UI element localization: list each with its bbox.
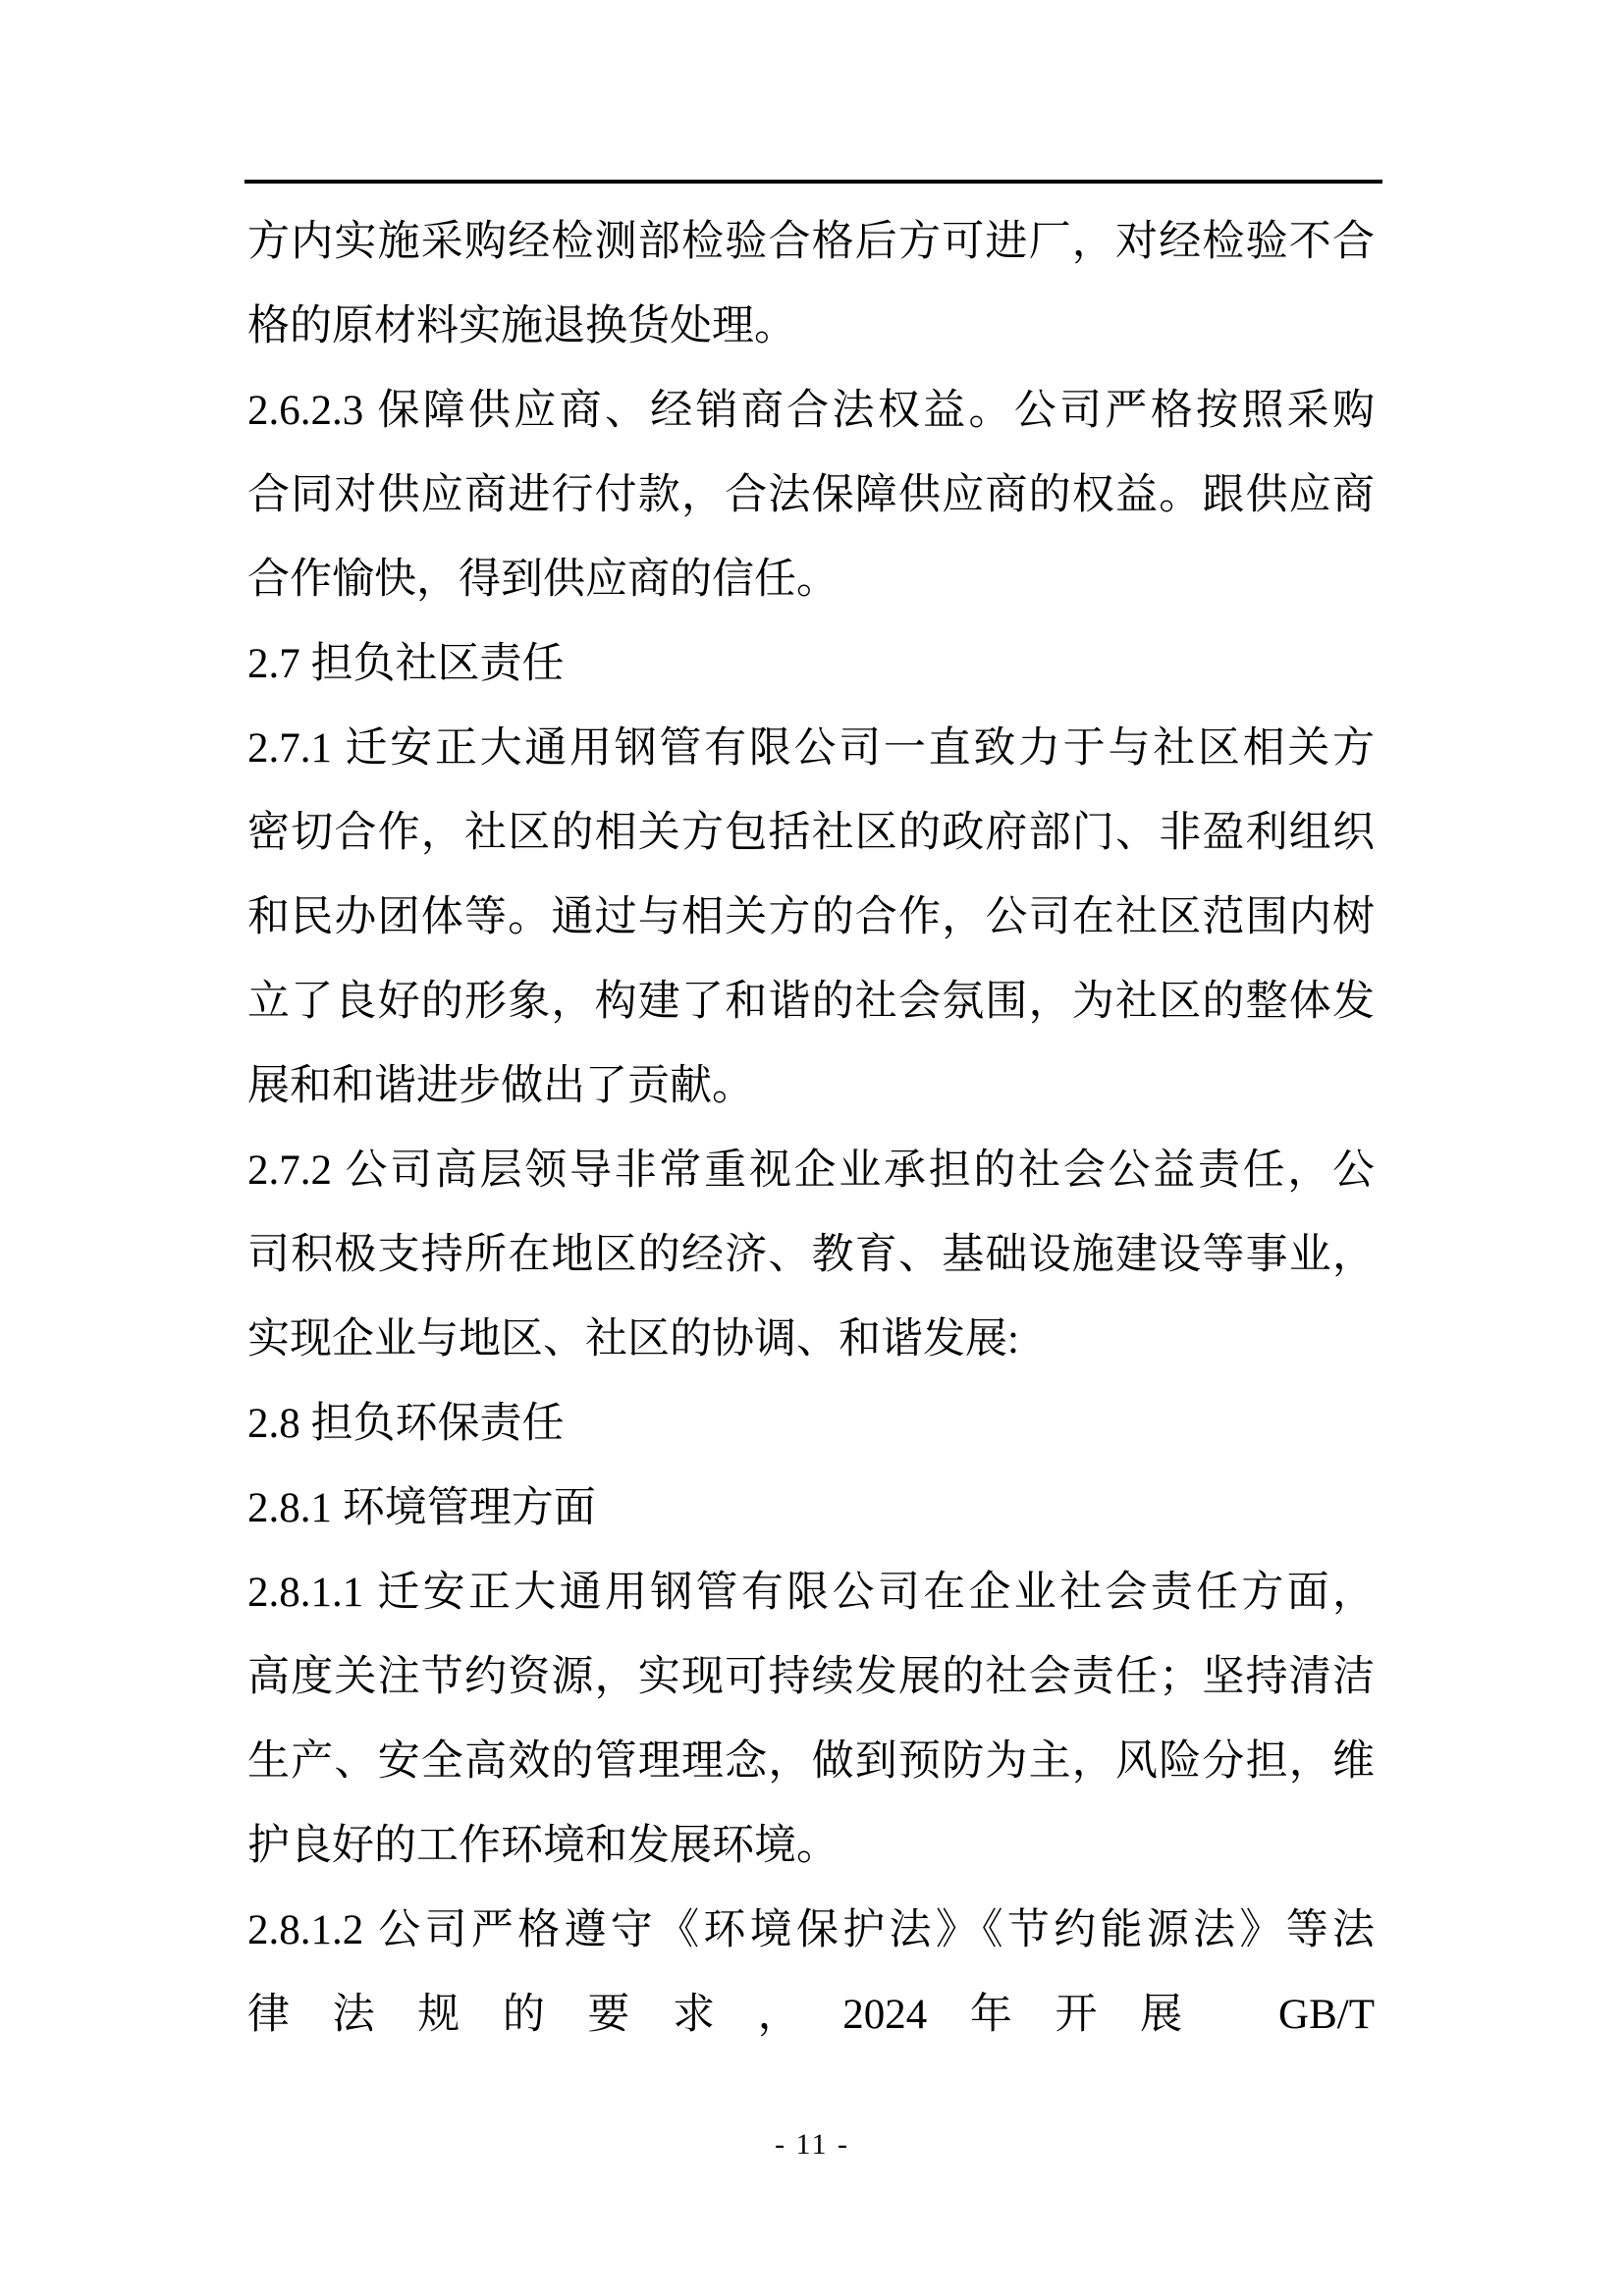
text-line: 密切合作，社区的相关方包括社区的政府部门、非盈利组织 (247, 791, 1375, 876)
text-line: 2.6.2.3 保障供应商、经销商合法权益。公司严格按照采购 (247, 369, 1375, 454)
text-line: 2.7.2 公司高层领导非常重视企业承担的社会公益责任，公 (247, 1129, 1375, 1213)
text-line: 方内实施采购经检测部检验合格后方可进厂，对经检验不合 (247, 200, 1375, 285)
text-line: 合同对供应商进行付款，合法保障供应商的权益。跟供应商 (247, 454, 1375, 538)
text-line: 司积极支持所在地区的经济、教育、基础设施建设等事业， (247, 1213, 1375, 1298)
text-line: 护良好的工作环境和发展环境。 (247, 1804, 1375, 1889)
text-line: 2.8.1 环境管理方面 (247, 1467, 1375, 1551)
text-line: 展和和谐进步做出了贡献。 (247, 1044, 1375, 1129)
text-line: 2.7 担负社区责任 (247, 622, 1375, 707)
text-line: 高度关注节约资源，实现可持续发展的社会责任；坚持清洁 (247, 1635, 1375, 1720)
text-line: 2.7.1 迁安正大通用钢管有限公司一直致力于与社区相关方 (247, 707, 1375, 791)
text-line: 实现企业与地区、社区的协调、和谐发展: (247, 1298, 1375, 1382)
text-line: 2.8.1.2 公司严格遵守《环境保护法》《节约能源法》等法 (247, 1889, 1375, 1973)
text-line: 合作愉快，得到供应商的信任。 (247, 538, 1375, 622)
text-line: 律法规的要求，2024年开展 GB/T (247, 1973, 1375, 2057)
body-text-block: 方内实施采购经检测部检验合格后方可进厂，对经检验不合格的原材料实施退换货处理。2… (247, 200, 1375, 2057)
document-page: 方内实施采购经检测部检验合格后方可进厂，对经检验不合格的原材料实施退换货处理。2… (0, 0, 1624, 2296)
text-line: 2.8 担负环保责任 (247, 1382, 1375, 1467)
page-number: - 11 - (0, 2123, 1624, 2166)
text-line: 格的原材料实施退换货处理。 (247, 285, 1375, 369)
text-line: 和民办团体等。通过与相关方的合作，公司在社区范围内树 (247, 876, 1375, 960)
text-line: 2.8.1.1 迁安正大通用钢管有限公司在企业社会责任方面， (247, 1551, 1375, 1635)
header-rule (244, 180, 1382, 184)
text-line: 生产、安全高效的管理理念，做到预防为主，风险分担，维 (247, 1720, 1375, 1804)
text-line: 立了良好的形象，构建了和谐的社会氛围，为社区的整体发 (247, 960, 1375, 1044)
